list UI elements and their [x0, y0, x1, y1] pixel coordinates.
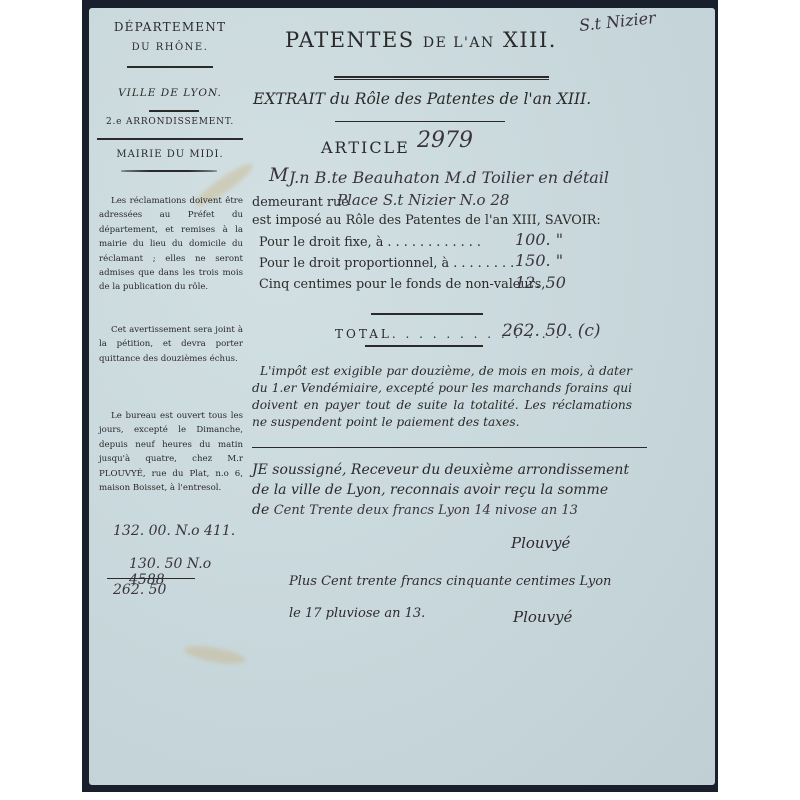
- divider-swash: [121, 170, 217, 172]
- charge-amount: 12. 50: [515, 273, 566, 292]
- subtitle-rule: [335, 121, 505, 122]
- patent-document: DÉPARTEMENT DU RHÔNE. VILLE DE LYON. 2.e…: [89, 8, 715, 785]
- additional-date: le 17 pluviose an 13.: [289, 606, 425, 621]
- article-label: ARTICLE: [321, 138, 410, 157]
- subtitle: EXTRAIT du Rôle des Patentes de l'an XII…: [253, 90, 591, 108]
- mairie-heading: MAIRIE DU MIDI.: [95, 149, 245, 160]
- signature: Plouvyé: [511, 534, 570, 552]
- charge-label: Pour le droit proportionnel, à . . . . .…: [259, 256, 514, 271]
- receipt-rule: [252, 447, 647, 448]
- address-label: demeurant rue: [252, 195, 349, 210]
- article-number: 2979: [417, 128, 473, 153]
- charge-label: Pour le droit fixe, à . . . . . . . . . …: [259, 235, 481, 250]
- title-rule: [334, 76, 549, 78]
- department-name: DU RHÔNE.: [99, 42, 241, 53]
- notice-avertissement: Cet avertissement sera joint à la pétiti…: [99, 323, 243, 366]
- ledger-line: 132. 00. N.o 411.: [113, 523, 235, 539]
- charge-amount: 150. ": [515, 251, 563, 270]
- receipt-text: JE soussigné, Receveur du deuxième arron…: [252, 460, 642, 521]
- title-rule: [334, 79, 549, 80]
- stain: [183, 643, 246, 668]
- imposition-text: est imposé au Rôle des Patentes de l'an …: [252, 213, 601, 228]
- notice-reclamations: Les réclamations doivent être adressées …: [99, 194, 243, 295]
- additional-payment: Plus Cent trente francs cinquante centim…: [289, 574, 611, 589]
- department-heading: DÉPARTEMENT: [99, 20, 241, 34]
- ledger-rule: [107, 578, 195, 579]
- taxpayer-prefix: M: [269, 164, 288, 186]
- signature: Plouvyé: [513, 608, 572, 626]
- ledger-total: 262. 50: [113, 582, 166, 598]
- received-amount: Cent Trente deux francs Lyon 14 nivose a…: [274, 503, 578, 518]
- handwritten-annotation: S.t Nizier: [578, 8, 656, 35]
- divider: [127, 66, 213, 68]
- sum-rule: [371, 313, 483, 315]
- arrondissement-heading: 2.e ARRONDISSEMENT.: [93, 117, 247, 127]
- charge-amount: 100. ": [515, 230, 563, 249]
- notice-bureau: Le bureau est ouvert tous les jours, exc…: [99, 409, 243, 495]
- page-title: PATENTES DE L'AN XIII.: [285, 28, 557, 52]
- charge-label: Cinq centimes pour le fonds de non-valeu…: [259, 277, 545, 292]
- divider: [149, 110, 199, 112]
- total-amount: 262. 50. (c): [502, 321, 600, 341]
- address-value: Place S.t Nizier N.o 28: [337, 191, 509, 209]
- payment-terms: L'impôt est exigible par douzième, de mo…: [252, 363, 632, 431]
- total-rule: [365, 345, 483, 347]
- city-heading: VILLE DE LYON.: [99, 87, 241, 99]
- divider: [97, 138, 243, 140]
- taxpayer-name: J.n B.te Beauhaton M.d Toilier en détail: [289, 168, 609, 187]
